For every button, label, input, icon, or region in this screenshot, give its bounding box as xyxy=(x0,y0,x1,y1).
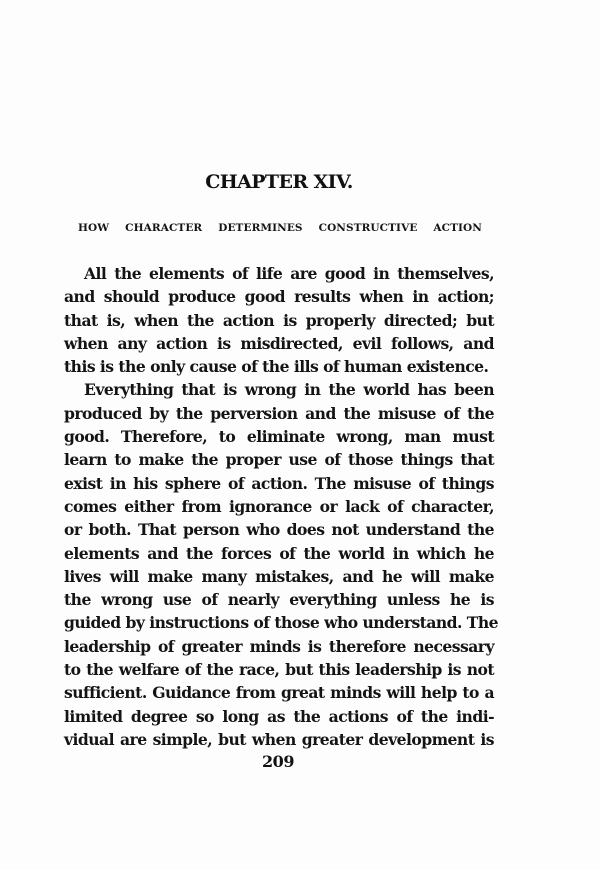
text-line: or both. That person who does not unders… xyxy=(64,518,494,541)
paragraph: All the elements of life are good in the… xyxy=(64,262,494,378)
text-line: leadership of greater minds is therefore… xyxy=(64,635,494,658)
text-line: exist in his sphere of action. The misus… xyxy=(64,472,494,495)
text-line: All the elements of life are good in the… xyxy=(64,262,494,285)
text-line: elements and the forces of the world in … xyxy=(64,542,494,565)
text-line: the wrong use of nearly everything unles… xyxy=(64,588,494,611)
text-line: to the welfare of the race, but this lea… xyxy=(64,658,494,681)
text-line: when any action is misdirected, evil fol… xyxy=(64,332,494,355)
text-line: comes either from ignorance or lack of c… xyxy=(64,495,494,518)
chapter-subtitle: HOW CHARACTER DETERMINES CONSTRUCTIVE AC… xyxy=(78,222,482,234)
text-line: this is the only cause of the ills of hu… xyxy=(64,355,494,378)
text-line: lives will make many mistakes, and he wi… xyxy=(64,565,494,588)
text-line: vidual are simple, but when greater deve… xyxy=(64,728,494,751)
text-line: learn to make the proper use of those th… xyxy=(64,448,494,471)
text-line: produced by the perversion and the misus… xyxy=(64,402,494,425)
text-line: and should produce good results when in … xyxy=(64,285,494,308)
paragraph: Everything that is wrong in the world ha… xyxy=(64,378,494,751)
chapter-title: CHAPTER XIV. xyxy=(0,171,558,193)
text-line: Everything that is wrong in the world ha… xyxy=(64,378,494,401)
page-number: 209 xyxy=(0,752,556,771)
text-line: sufficient. Guidance from great minds wi… xyxy=(64,681,494,704)
text-line: guided by instructions of those who unde… xyxy=(64,611,494,634)
text-line: good. Therefore, to eliminate wrong, man… xyxy=(64,425,494,448)
book-page: CHAPTER XIV. HOW CHARACTER DETERMINES CO… xyxy=(0,0,600,870)
body-text: All the elements of life are good in the… xyxy=(64,262,494,751)
text-line: limited degree so long as the actions of… xyxy=(64,705,494,728)
text-line: that is, when the action is properly dir… xyxy=(64,309,494,332)
